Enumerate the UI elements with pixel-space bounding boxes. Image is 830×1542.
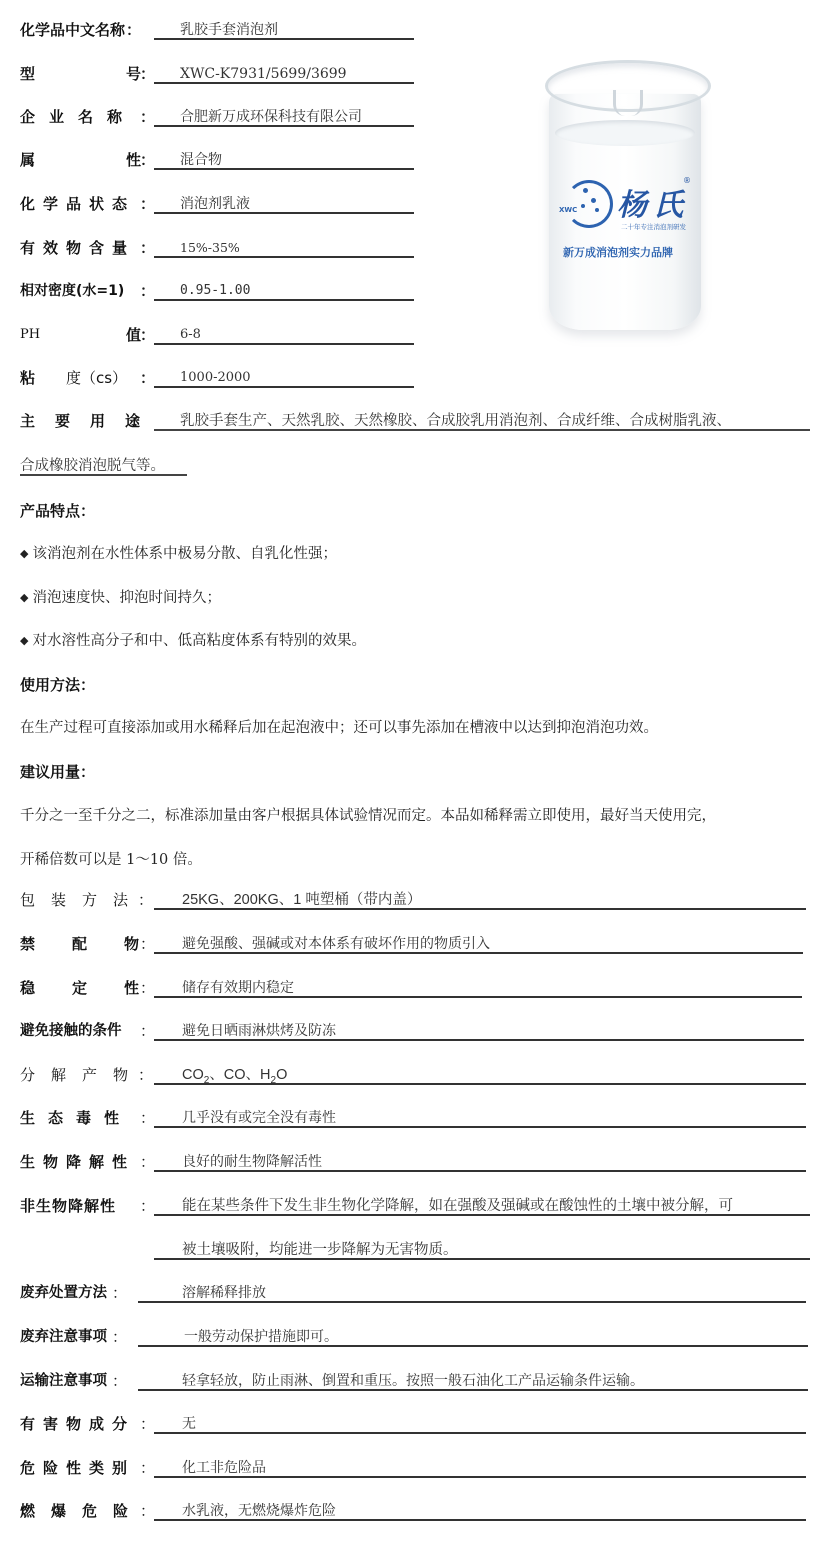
diamond-bullet-icon: ◆ [20, 634, 28, 647]
underline [154, 256, 414, 258]
field-label: 非生物降解性 [20, 1192, 116, 1220]
field-active-content: 有效物含量 ： 15%-35% [20, 234, 420, 262]
field-main-use: 主要用途 ： 乳胶手套生产、天然乳胶、天然橡胶、合成胶乳用消泡剂、合成纤维、合成… [20, 407, 820, 435]
underline [154, 1258, 810, 1260]
brand-slogan: 新万成消泡剂实力品牌 [563, 244, 673, 260]
field-model: 型号 型号 ： XWC-K7931/5699/3699 [20, 60, 420, 88]
underline [154, 1432, 806, 1434]
brand-name: 杨氏 [617, 180, 689, 224]
underline [154, 1039, 804, 1041]
field-biodegradability: 生物降解性 ： 良好的耐生物降解活性 [20, 1148, 820, 1176]
underline [154, 1476, 806, 1478]
field-viscosity: 粘 度（cs） ： 1000-2000 [20, 364, 420, 392]
field-property: 属性 属性 ： 混合物 [20, 146, 420, 174]
diamond-bullet-icon: ◆ [20, 591, 28, 604]
field-company: 企业名称 ： 合肥新万成环保科技有限公司 [20, 103, 420, 131]
underline [138, 1389, 808, 1391]
field-state: 化学品状态 ： 消泡剂乳液 [20, 190, 420, 218]
field-density: 相对密度(水=1) ： 0.95-1.00 [20, 277, 420, 305]
underline [154, 125, 414, 127]
field-ph: PH 值 ： 6-8 [20, 321, 420, 349]
field-hazard-class: 危险性类别 ： 化工非危险品 [20, 1454, 820, 1482]
brand-logo-icon [565, 180, 613, 228]
underline [154, 386, 414, 388]
field-avoid-conditions: 避免接触的条件 ： 避免日晒雨淋烘烤及防冻 [20, 1017, 820, 1045]
field-transport-notes: 运输注意事项 ： 轻拿轻放，防止雨淋、倒置和重压。按照一般石油化工产品运输条件运… [20, 1367, 820, 1395]
field-value: CO2、CO、H2O [182, 1061, 287, 1095]
field-abiotic-degradation: 非生物降解性 ： 能在某些条件下发生非生物化学降解，如在强酸及强碱或在酸蚀性的土… [20, 1192, 820, 1220]
underline [154, 38, 414, 40]
field-label: 生态毒性 [20, 1104, 132, 1132]
field-main-use-cont: 合成橡胶消泡脱气等。 [20, 452, 220, 480]
field-ecotoxicity: 生态毒性 ： 几乎没有或完全没有毒性 [20, 1104, 820, 1132]
dosage-text-line1: 千分之一至千分之二，标准添加量由客户根据具体试验情况而定。本品如稀释需立即使用，… [20, 804, 716, 825]
underline [138, 1345, 808, 1347]
field-value: 乳胶手套生产、天然乳胶、天然橡胶、合成胶乳用消泡剂、合成纤维、合成树脂乳液、 [180, 407, 731, 435]
diamond-bullet-icon: ◆ [20, 547, 28, 560]
underline [138, 1301, 806, 1303]
underline [154, 996, 802, 998]
field-label: 危险性类别 [20, 1454, 135, 1482]
underline [154, 429, 810, 431]
features-title: 产品特点： [20, 500, 95, 521]
field-value: 合成橡胶消泡脱气等。 [20, 452, 165, 480]
underline [154, 168, 414, 170]
underline [154, 1170, 806, 1172]
field-abiotic-degradation-cont: 被土壤吸附，均能进一步降解为无害物质。 [20, 1236, 820, 1264]
field-incompatible: 禁配物 禁配物 ： 避免强酸、强碱或对本体系有破坏作用的物质引入 [20, 930, 820, 958]
field-label: 化学品中文名称 [20, 16, 125, 44]
field-label: 生物降解性 [20, 1148, 135, 1176]
field-hazardous-components: 有害物成分 ： 无 [20, 1410, 820, 1438]
field-label: 废弃处置方法 [20, 1279, 107, 1307]
registered-mark-icon: ® [683, 176, 691, 185]
field-label: 相对密度(水=1) [20, 277, 124, 305]
field-explosion-hazard: 燃爆危险 ： 水乳液，无燃烧爆炸危险 [20, 1497, 820, 1525]
underline [154, 1083, 806, 1085]
field-label: 有效物含量 [20, 234, 135, 262]
field-label: 有害物成分 [20, 1410, 135, 1438]
field-label: 避免接触的条件 [20, 1017, 122, 1045]
underline [20, 474, 187, 476]
usage-title: 使用方法： [20, 674, 95, 695]
feature-item: ◆对水溶性高分子和中、低高粘度体系有特别的效果。 [20, 629, 366, 650]
feature-item: ◆消泡速度快、抑泡时间持久； [20, 586, 221, 607]
field-packaging: 包装方法 ： 25KG、200KG、1 吨塑桶（带内盖） [20, 886, 820, 914]
usage-text: 在生产过程可直接添加或用水稀释后加在起泡液中；还可以事先添加在槽液中以达到抑泡消… [20, 716, 658, 737]
underline [154, 1126, 806, 1128]
field-label: 燃爆危险 [20, 1497, 144, 1525]
feature-item: ◆该消泡剂在水性体系中极易分散、自乳化性强； [20, 542, 337, 563]
underline [154, 343, 414, 345]
underline [154, 1214, 810, 1216]
field-label: 包装方法 [20, 886, 144, 914]
brand-subtitle: 二十年专注消泡剂研发 [621, 222, 686, 231]
field-disposal-notes: 废弃注意事项 ： 一般劳动保护措施即可。 [20, 1323, 820, 1351]
field-decomposition: 分解产物 ： CO2、CO、H2O [20, 1061, 820, 1089]
field-stability: 稳定性 稳定性 ： 储存有效期内稳定 [20, 974, 820, 1002]
field-label: 分解产物 [20, 1061, 144, 1089]
field-disposal-method: 废弃处置方法 ： 溶解稀释排放 [20, 1279, 820, 1307]
dosage-title: 建议用量： [20, 761, 95, 782]
underline [154, 908, 806, 910]
dosage-text-line2: 开稀倍数可以是 1～10 倍。 [20, 848, 202, 869]
underline [154, 1519, 806, 1521]
field-label: 企业名称 [20, 103, 136, 131]
underline [154, 299, 414, 301]
underline [154, 82, 414, 84]
product-image-beaker: XWC 杨氏 ® 二十年专注消泡剂研发 新万成消泡剂实力品牌 [535, 60, 715, 340]
underline [154, 212, 414, 214]
field-chemical-name: 化学品中文名称 ： 乳胶手套消泡剂 [20, 16, 420, 44]
field-label: 化学品状态 [20, 190, 135, 218]
field-label: 废弃注意事项 [20, 1323, 107, 1351]
field-label: 运输注意事项 [20, 1367, 107, 1395]
logo-text: XWC [559, 206, 577, 214]
underline [154, 952, 803, 954]
